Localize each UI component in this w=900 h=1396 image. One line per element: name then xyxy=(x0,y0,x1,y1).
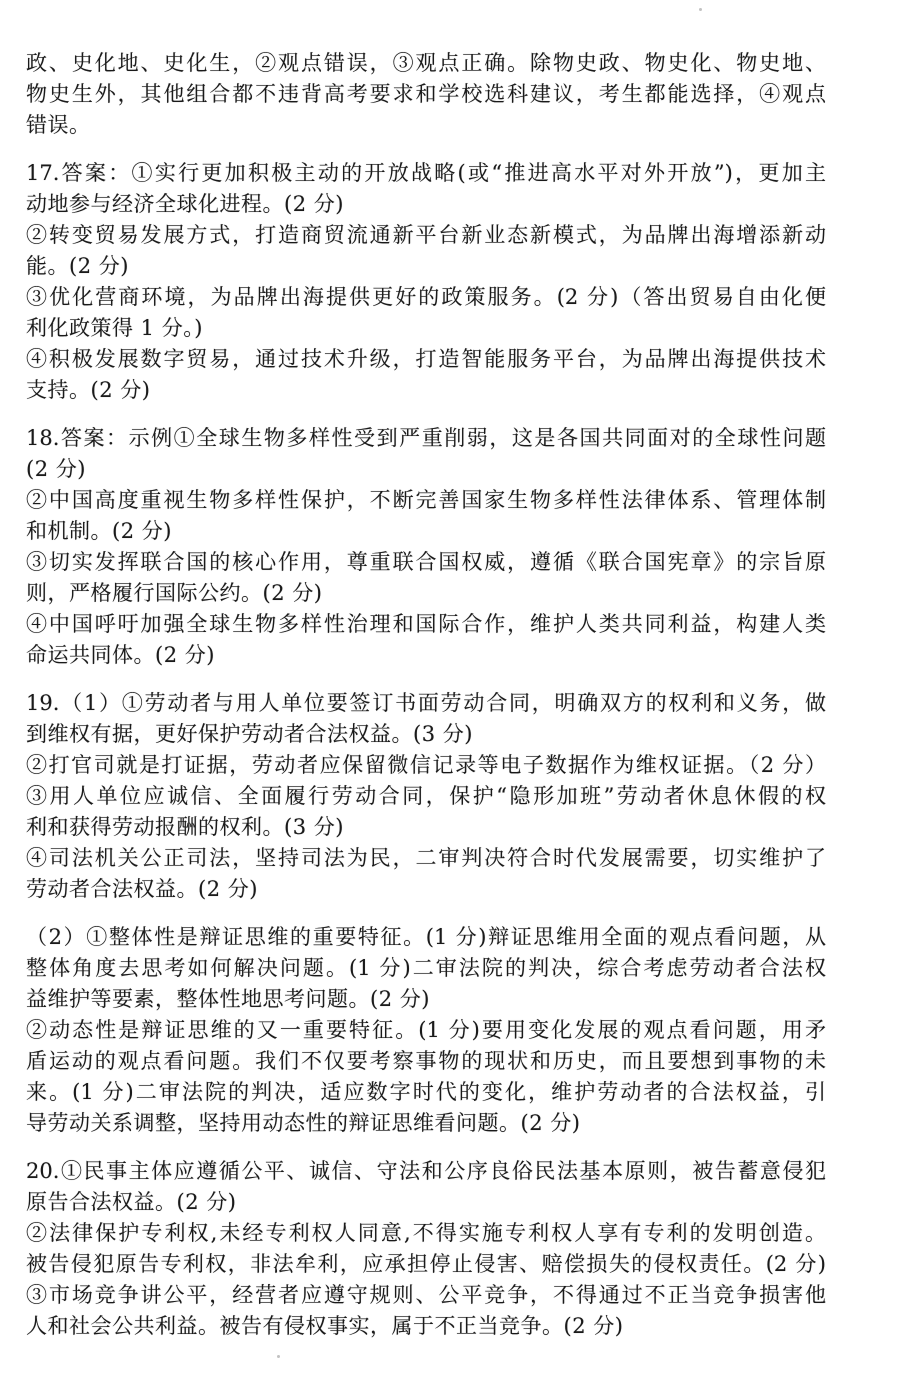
text-line: 19.（1）①劳动者与用人单位要签订书面劳动合同，明确双方的权利和义务，做 xyxy=(26,688,826,719)
answer-paragraph: （2）①整体性是辩证思维的重要特征。(1 分)辩证思维用全面的观点看问题，从整体… xyxy=(26,922,826,1139)
text-line: 原告合法权益。(2 分) xyxy=(26,1187,826,1218)
text-line: ④中国呼吁加强全球生物多样性治理和国际合作，维护人类共同利益，构建人类 xyxy=(26,609,826,640)
text-line: 利化政策得 1 分。) xyxy=(26,313,826,344)
text-line: 能。(2 分) xyxy=(26,251,826,282)
text-line: 盾运动的观点看问题。我们不仅要考察事物的现状和历史，而且要想到事物的未 xyxy=(26,1046,826,1077)
text-line: 20.①民事主体应遵循公平、诚信、守法和公序良俗民法基本原则，被告蓄意侵犯 xyxy=(26,1156,826,1187)
text-line: 17.答案：①实行更加积极主动的开放战略(或“推进高水平对外开放”)，更加主 xyxy=(26,158,826,189)
text-line: ②动态性是辩证思维的又一重要特征。(1 分)要用变化发展的观点看问题，用矛 xyxy=(26,1015,826,1046)
text-line: 则，严格履行国际公约。(2 分) xyxy=(26,578,826,609)
answer-paragraph: 17.答案：①实行更加积极主动的开放战略(或“推进高水平对外开放”)，更加主动地… xyxy=(26,158,826,406)
text-line: 被告侵犯原告专利权，非法牟利，应承担停止侵害、赔偿损失的侵权责任。(2 分) xyxy=(26,1249,826,1280)
text-line: (2 分) xyxy=(26,454,826,485)
text-line: ②法律保护专利权,未经专利权人同意,不得实施专利权人享有专利的发明创造。 xyxy=(26,1218,826,1249)
text-line: 和机制。(2 分) xyxy=(26,516,826,547)
text-line: 18.答案：示例①全球生物多样性受到严重削弱，这是各国共同面对的全球性问题 xyxy=(26,423,826,454)
text-line: ③市场竞争讲公平，经营者应遵守规则、公平竞争，不得通过不正当竞争损害他 xyxy=(26,1280,826,1311)
text-line: 政、史化地、史化生，②观点错误，③观点正确。除物史政、物史化、物史地、 xyxy=(26,48,826,79)
text-line: ②打官司就是打证据，劳动者应保留微信记录等电子数据作为维权证据。（2 分） xyxy=(26,750,826,781)
answer-paragraph: 20.①民事主体应遵循公平、诚信、守法和公序良俗民法基本原则，被告蓄意侵犯原告合… xyxy=(26,1156,826,1342)
scan-speck-icon xyxy=(699,8,702,11)
text-line: 到维权有据，更好保护劳动者合法权益。(3 分) xyxy=(26,719,826,750)
text-line: 来。(1 分)二审法院的判决，适应数字时代的变化，维护劳动者的合法权益，引 xyxy=(26,1077,826,1108)
answer-paragraph: 19.（1）①劳动者与用人单位要签订书面劳动合同，明确双方的权利和义务，做到维权… xyxy=(26,688,826,905)
answer-paragraph: 18.答案：示例①全球生物多样性受到严重削弱，这是各国共同面对的全球性问题(2 … xyxy=(26,423,826,671)
text-line: 错误。 xyxy=(26,110,826,141)
text-line: 益维护等要素，整体性地思考问题。(2 分) xyxy=(26,984,826,1015)
text-line: 人和社会公共利益。被告有侵权事实，属于不正当竞争。(2 分) xyxy=(26,1311,826,1342)
text-line: 劳动者合法权益。(2 分) xyxy=(26,874,826,905)
document-text: 政、史化地、史化生，②观点错误，③观点正确。除物史政、物史化、物史地、物史生外，… xyxy=(26,48,826,1359)
text-line: 导劳动关系调整，坚持用动态性的辩证思维看问题。(2 分) xyxy=(26,1108,826,1139)
answer-paragraph: 政、史化地、史化生，②观点错误，③观点正确。除物史政、物史化、物史地、物史生外，… xyxy=(26,48,826,141)
text-line: 支持。(2 分) xyxy=(26,375,826,406)
text-line: ④积极发展数字贸易，通过技术升级，打造智能服务平台，为品牌出海提供技术 xyxy=(26,344,826,375)
text-line: 动地参与经济全球化进程。(2 分) xyxy=(26,189,826,220)
text-line: 物史生外，其他组合都不违背高考要求和学校选科建议，考生都能选择，④观点 xyxy=(26,79,826,110)
text-line: ③优化营商环境，为品牌出海提供更好的政策服务。(2 分)（答出贸易自由化便 xyxy=(26,282,826,313)
text-line: （2）①整体性是辩证思维的重要特征。(1 分)辩证思维用全面的观点看问题，从 xyxy=(26,922,826,953)
text-line: ③用人单位应诚信、全面履行劳动合同，保护“隐形加班”劳动者休息休假的权 xyxy=(26,781,826,812)
text-line: 命运共同体。(2 分) xyxy=(26,640,826,671)
text-line: ④司法机关公正司法，坚持司法为民，二审判决符合时代发展需要，切实维护了 xyxy=(26,843,826,874)
text-line: 利和获得劳动报酬的权利。(3 分) xyxy=(26,812,826,843)
text-line: 整体角度去思考如何解决问题。(1 分)二审法院的判决，综合考虑劳动者合法权 xyxy=(26,953,826,984)
text-line: ②转变贸易发展方式，打造商贸流通新平台新业态新模式，为品牌出海增添新动 xyxy=(26,220,826,251)
scan-speck-icon xyxy=(277,1355,280,1358)
scanned-answer-page: 政、史化地、史化生，②观点错误，③观点正确。除物史政、物史化、物史地、物史生外，… xyxy=(0,0,900,1396)
text-line: ②中国高度重视生物多样性保护，不断完善国家生物多样性法律体系、管理体制 xyxy=(26,485,826,516)
text-line: ③切实发挥联合国的核心作用，尊重联合国权威，遵循《联合国宪章》的宗旨原 xyxy=(26,547,826,578)
